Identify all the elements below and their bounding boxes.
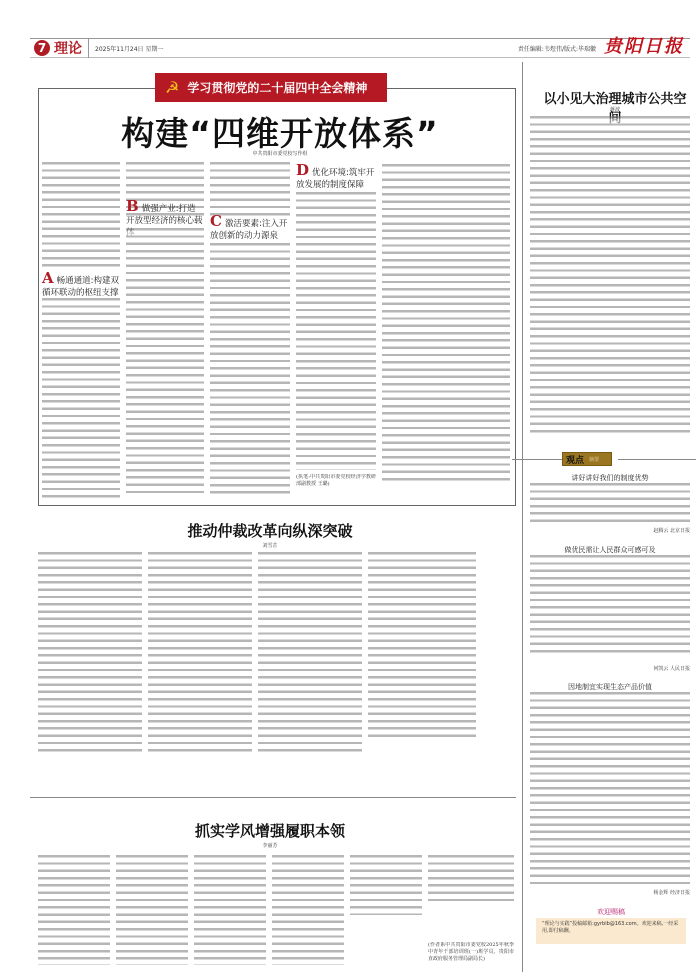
viewpoint-item-1-source: 赵腾云 北京日报	[560, 527, 690, 534]
right-article-body	[530, 116, 690, 436]
third-article-col-6	[428, 855, 514, 905]
third-article-col-3	[194, 855, 266, 965]
topic-banner: ☭ 学习贯彻党的二十届四中全会精神	[155, 73, 387, 102]
third-article-title: 抓实学风增强履职本领	[80, 820, 460, 841]
viewpoint-item-3-body	[530, 692, 690, 888]
third-article-col-4	[272, 855, 344, 965]
section-b-body	[126, 228, 204, 498]
section-c-body	[210, 243, 290, 498]
viewpoint-label: 观点 摘要	[562, 452, 612, 466]
second-article-author-note: (作者系中共贵阳市委党校2025年秋季中青年干部培训班(一)班学员、贵阳市直政府…	[428, 942, 514, 964]
newspaper-logo: 贵阳日报	[604, 32, 684, 58]
third-article-byline: 李丽芳	[200, 842, 340, 849]
section-divider	[30, 797, 516, 798]
third-article-col-2	[116, 855, 188, 965]
second-article-title: 推动仲裁改革向纵深突破	[80, 520, 460, 541]
viewpoint-item-1-body	[530, 483, 690, 525]
second-article-col-2	[148, 552, 252, 752]
lead-byline: 中共贵阳市委党校写作组	[180, 150, 380, 157]
section-a-heading: A畅通通道:构建双循环联动的枢纽支撑	[42, 272, 120, 299]
hammer-sickle-icon: ☭	[165, 78, 179, 97]
section-a-body	[42, 298, 120, 498]
lead-column-5	[382, 164, 510, 484]
third-article-col-1	[38, 855, 110, 965]
second-article-col-4	[368, 552, 476, 738]
lead-headline: 构建“四维开放体系”	[100, 108, 460, 155]
page-number-badge: 7	[34, 40, 50, 56]
third-article-col-5	[350, 855, 422, 915]
welcome-submissions-box: “理论与实践”投稿邮箱:gyrblb@163.com。欢迎来稿,一经采用,即付稿…	[536, 918, 686, 944]
column-divider	[522, 62, 523, 972]
viewpoint-rule-left	[512, 459, 562, 460]
issue-date: 2025年11月24日 星期一	[95, 44, 163, 53]
viewpoint-item-3-title: 因地制宜实现生态产品价值	[530, 682, 690, 692]
viewpoint-item-2-body	[530, 555, 690, 655]
section-d-heading: D优化环境:筑牢开放发展的制度保障	[296, 164, 376, 191]
second-article-col-1	[38, 552, 142, 752]
section-c-heading: C激活要素:注入开放创新的动力源泉	[210, 215, 292, 242]
lead-column-3-top	[210, 162, 290, 220]
right-article-byline: 蒋波	[590, 106, 640, 113]
section-name: 理论	[54, 38, 89, 58]
viewpoint-item-2-source: 何凯云 人民日报	[560, 665, 690, 672]
lead-column-1-intro	[42, 162, 120, 270]
banner-text: 学习贯彻党的二十届四中全会精神	[187, 79, 367, 96]
editors-credit: 责任编辑:韦煜伟/版式:毕瑞徽	[518, 44, 596, 53]
viewpoint-item-1-title: 讲好讲好我们的制度优势	[530, 473, 690, 483]
lead-author-note: (执笔:中共贵阳市委党校经济学教研部副教授 王璐)	[296, 474, 376, 490]
section-d-body	[296, 192, 376, 470]
viewpoint-item-2-title: 做优民需让人民群众可感可及	[530, 545, 690, 555]
masthead: 7 理论 2025年11月24日 星期一 责任编辑:韦煜伟/版式:毕瑞徽 贵阳日…	[30, 38, 690, 58]
second-article-col-3	[258, 552, 362, 752]
viewpoint-rule-right	[618, 459, 696, 460]
second-article-byline: 刘雪芷	[200, 542, 340, 549]
viewpoint-item-3-source: 杨金辉 经济日报	[560, 889, 690, 896]
